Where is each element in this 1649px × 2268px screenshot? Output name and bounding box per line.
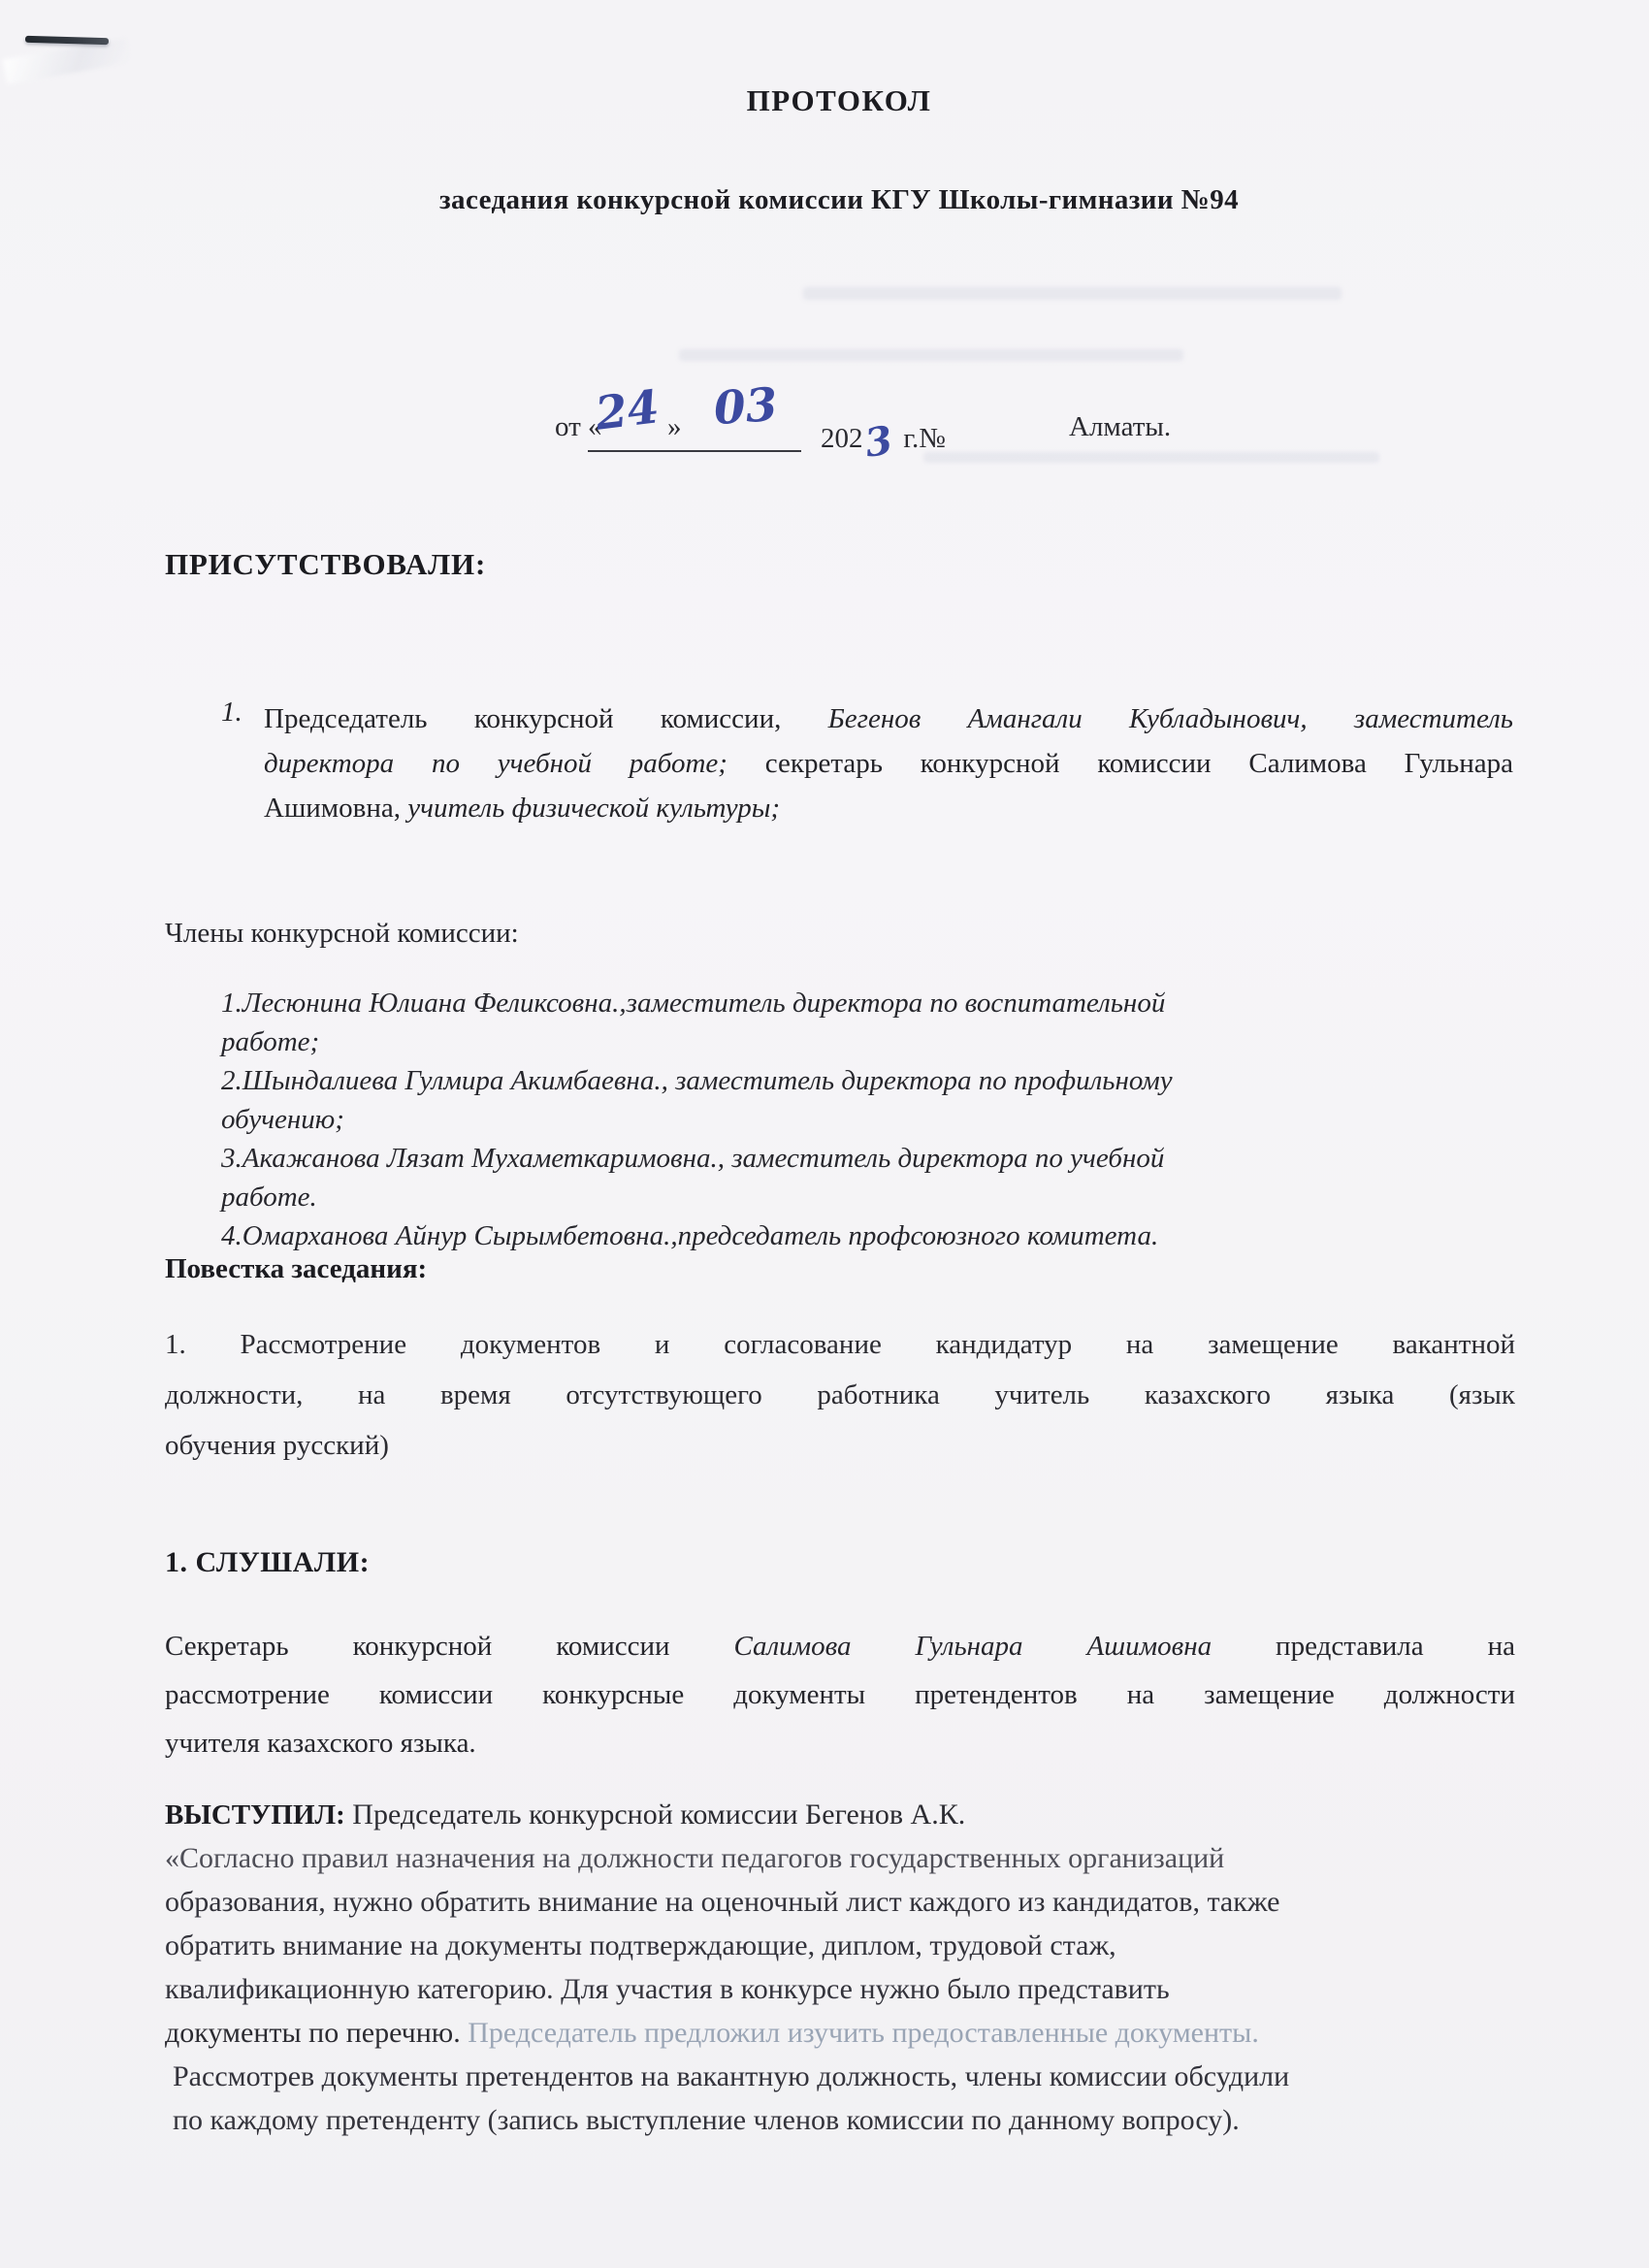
spoke-section: ВЫСТУПИЛ: Председатель конкурсной комисс… xyxy=(165,1793,1542,2142)
chairman-role-italic: директора по учебной работе; xyxy=(264,748,765,779)
date-year-printed: 202 xyxy=(821,423,863,454)
date-city: Алматы. xyxy=(1069,411,1171,443)
chairman-text: секретарь конкурсной комиссии Салимова Г… xyxy=(765,748,1513,779)
members-list: 1.Лесюнина Юлиана Феликсовна.,заместител… xyxy=(221,984,1482,1255)
spoke-line: по каждому претенденту (запись выступлен… xyxy=(165,2098,1542,2142)
heard-paragraph: Секретарь конкурсной комиссии Салимова Г… xyxy=(165,1622,1515,1767)
spoke-intro: Председатель конкурсной комиссии Бегенов… xyxy=(345,1798,965,1831)
present-heading: ПРИСУТСТВОВАЛИ: xyxy=(165,547,486,582)
heard-heading: 1. СЛУШАЛИ: xyxy=(165,1546,370,1579)
paper-crease xyxy=(3,38,132,84)
agenda-line: должности, на время отсутствующего работ… xyxy=(165,1370,1515,1420)
heard-text: представила на xyxy=(1212,1631,1515,1662)
member-line: 2.Шындалиева Гулмира Акимбаевна., замест… xyxy=(221,1061,1482,1100)
member-line: 3.Акажанова Лязат Мухаметкаримовна., зам… xyxy=(221,1139,1482,1178)
spoke-line: документы по перечню. Председатель предл… xyxy=(165,2011,1542,2055)
chairman-line: Ашимовна, учитель физической культуры; xyxy=(264,786,1513,830)
members-heading: Члены конкурсной комиссии: xyxy=(165,918,519,950)
chairman-role-italic: учитель физической культуры; xyxy=(407,793,780,824)
heard-line: Секретарь конкурсной комиссии Салимова Г… xyxy=(165,1622,1515,1670)
member-line: работе; xyxy=(221,1022,1482,1061)
staple-mark xyxy=(25,36,109,45)
member-line: обучению; xyxy=(221,1100,1482,1139)
bleed-through-ghost-text xyxy=(923,452,1379,463)
chairman-name-italic: Бегенов Амангали Кубладынович, заместите… xyxy=(828,703,1513,734)
scanned-protocol-page: ПРОТОКОЛ заседания конкурсной комиссии К… xyxy=(0,0,1649,2268)
date-year: 2023г.№ xyxy=(821,411,946,457)
agenda-line: 1. Рассмотрение документов и согласовани… xyxy=(165,1319,1515,1370)
spoke-line: Рассмотрев документы претендентов на вак… xyxy=(165,2055,1542,2098)
chairman-text: Председатель конкурсной комиссии, xyxy=(264,703,828,734)
spoke-intro-line: ВЫСТУПИЛ: Председатель конкурсной комисс… xyxy=(165,1793,1542,1836)
handwritten-year-digit: 3 xyxy=(861,417,895,467)
agenda-paragraph: 1. Рассмотрение документов и согласовани… xyxy=(165,1319,1515,1471)
chairman-text: Ашимовна, xyxy=(264,793,407,824)
date-year-suffix: г.№ xyxy=(903,423,946,454)
spoke-faded-text: Председатель предложил изучить предостав… xyxy=(468,2017,1259,2049)
spoke-line: обратить внимание на документы подтвержд… xyxy=(165,1924,1542,1967)
spoke-line: «Согласно правил назначения на должности… xyxy=(165,1836,1542,1880)
member-line: работе. xyxy=(221,1178,1482,1216)
spoke-label: ВЫСТУПИЛ: xyxy=(165,1799,345,1831)
heard-line: учителя казахского языка. xyxy=(165,1719,1515,1767)
document-title: ПРОТОКОЛ xyxy=(0,83,1649,118)
chairman-line: Председатель конкурсной комиссии, Бегено… xyxy=(264,697,1513,741)
chairman-item-number: 1. xyxy=(221,697,242,729)
bleed-through-ghost-text xyxy=(679,349,1183,361)
bleed-through-ghost-text xyxy=(803,287,1342,300)
member-line: 4.Омарханова Айнур Сырымбетовна.,председ… xyxy=(221,1216,1482,1255)
chairman-item: Председатель конкурсной комиссии, Бегено… xyxy=(264,697,1513,830)
document-subtitle: заседания конкурсной комиссии КГУ Школы-… xyxy=(0,184,1649,216)
spoke-line: образования, нужно обратить внимание на … xyxy=(165,1880,1542,1924)
handwritten-month: 03 xyxy=(712,378,779,436)
heard-line: рассмотрение комиссии конкурсные докумен… xyxy=(165,1670,1515,1719)
agenda-heading: Повестка заседания: xyxy=(165,1253,427,1285)
spoke-line: квалификационную категорию. Для участия … xyxy=(165,1967,1542,2011)
chairman-line: директора по учебной работе; секретарь к… xyxy=(264,741,1513,786)
heard-text: Секретарь конкурсной комиссии xyxy=(165,1631,733,1662)
member-line: 1.Лесюнина Юлиана Феликсовна.,заместител… xyxy=(221,984,1482,1022)
secretary-name-italic: Салимова Гульнара Ашимовна xyxy=(733,1631,1212,1662)
agenda-line: обучения русский) xyxy=(165,1420,1515,1471)
spoke-text: документы по перечню. xyxy=(165,2017,468,2049)
